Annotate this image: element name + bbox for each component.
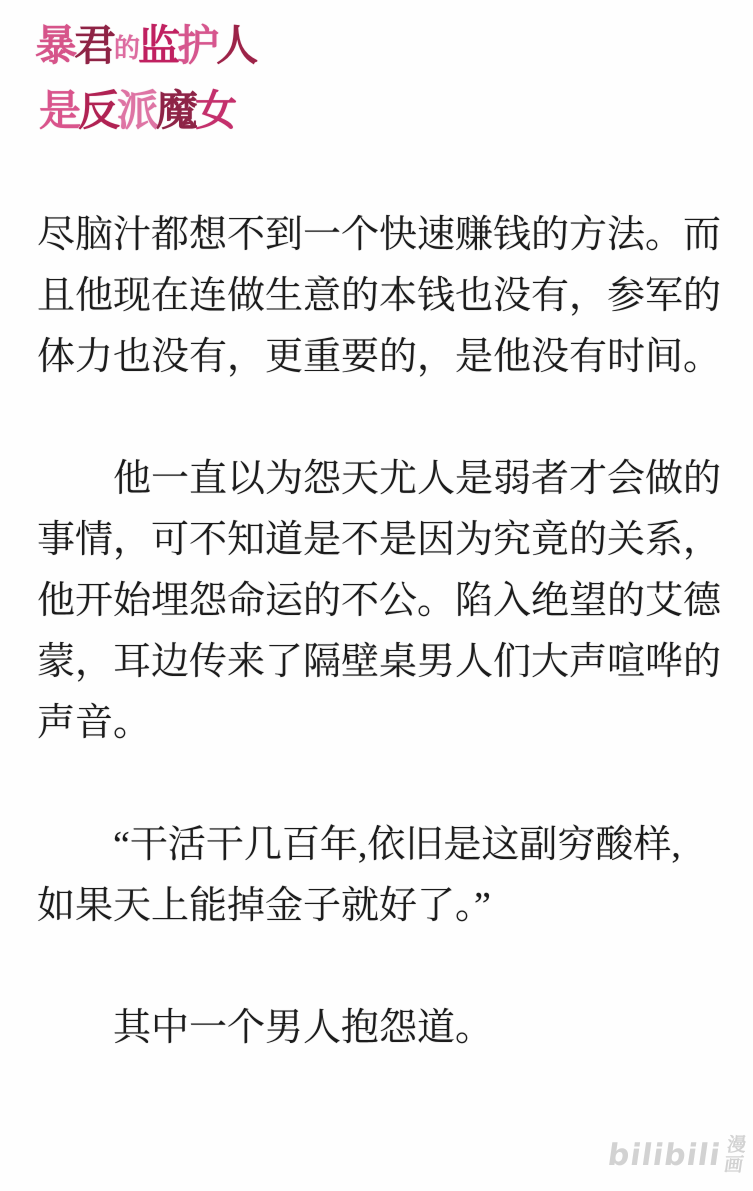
manga-label-bottom: 画 — [723, 1155, 745, 1175]
bilibili-manga-watermark: bilibili 漫 画 — [606, 1135, 748, 1175]
series-title-logo: 暴君的监护人 是反派魔女 — [35, 18, 255, 148]
novel-paragraph: 其中一个男人抱怨道。 — [37, 998, 721, 1059]
manga-label: 漫 画 — [723, 1135, 748, 1175]
series-title-line-2: 是反派魔女 — [35, 83, 255, 148]
novel-page: 暴君的监护人 是反派魔女 尽脑汁都想不到一个快速赚钱的方法。而 且他现在连做生意… — [0, 0, 753, 1191]
manga-label-top: 漫 — [726, 1135, 748, 1155]
novel-paragraph: 他一直以为怨天尤人是弱者才会做的 事情，可不知道是不是因为究竟的关系， 他开始埋… — [37, 449, 721, 754]
bilibili-wordmark: bilibili — [606, 1138, 724, 1173]
novel-text-block: 尽脑汁都想不到一个快速赚钱的方法。而 且他现在连做生意的本钱也没有，参军的 体力… — [37, 205, 721, 1120]
novel-paragraph: 尽脑汁都想不到一个快速赚钱的方法。而 且他现在连做生意的本钱也没有，参军的 体力… — [37, 205, 721, 388]
series-title-line-1: 暴君的监护人 — [35, 18, 255, 83]
novel-paragraph-dialogue: “干活干几百年,依旧是这副穷酸样, 如果天上能掉金子就好了。” — [37, 815, 721, 937]
